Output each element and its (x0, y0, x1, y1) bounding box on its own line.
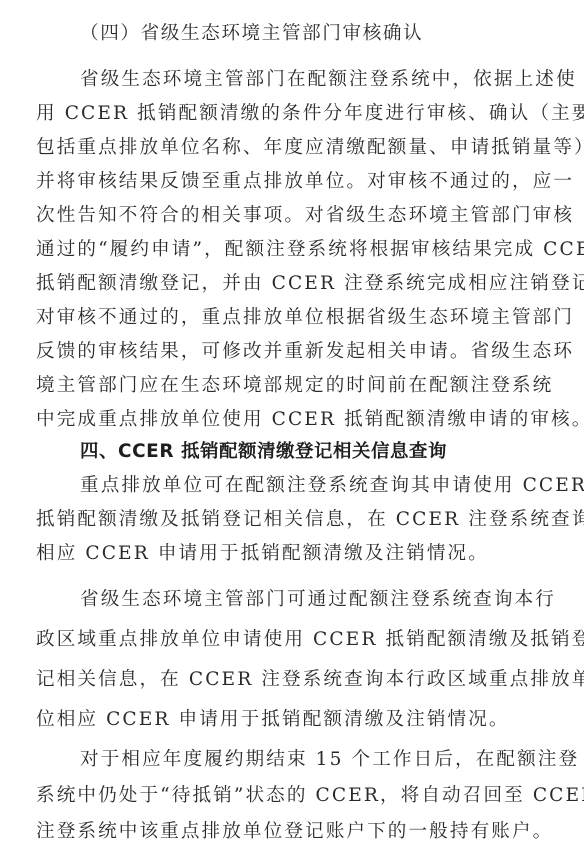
text-line: 并将审核结果反馈至重点排放单位。对审核不通过的，应一 (36, 170, 542, 194)
text-line: 中完成重点排放单位使用 CCER 抵销配额清缴申请的审核。 (36, 408, 542, 432)
text-line: 次性告知不符合的相关事项。对省级生态环境主管部门审核 (36, 204, 542, 228)
text-line: 记相关信息，在 CCER 注登系统查询本行政区域重点排放单 (36, 668, 542, 692)
text-line: 抵销配额清缴登记，并由 CCER 注登系统完成相应注销登记。 (36, 272, 542, 296)
text-line: 抵销配额清缴及抵销登记相关信息，在 CCER 注登系统查询 (36, 508, 542, 532)
text-line: 包括重点排放单位名称、年度应清缴配额量、申请抵销量等）， (36, 136, 542, 160)
text-line: 位相应 CCER 申请用于抵销配额清缴及注销情况。 (36, 708, 542, 732)
text-line: 对审核不通过的，重点排放单位根据省级生态环境主管部门 (36, 306, 542, 330)
text-line: 省级生态环境主管部门在配额注登系统中，依据上述使 (80, 68, 542, 92)
text-line: 通过的“履约申请”，配额注登系统将根据审核结果完成 CCER (36, 238, 542, 262)
text-line: 重点排放单位可在配额注登系统查询其申请使用 CCER (80, 474, 498, 498)
text-line: 用 CCER 抵销配额清缴的条件分年度进行审核、确认（主要 (36, 102, 542, 126)
text-line: 相应 CCER 申请用于抵销配额清缴及注销情况。 (36, 542, 542, 566)
section-heading: 四、CCER 抵销配额清缴登记相关信息查询 (80, 440, 542, 464)
subsection-heading: （四）省级生态环境主管部门审核确认 (80, 22, 542, 46)
text-line: 省级生态环境主管部门可通过配额注登系统查询本行 (80, 588, 498, 612)
text-line: 系统中仍处于“待抵销”状态的 CCER，将自动召回至 CCER (36, 784, 542, 808)
text-line: 对于相应年度履约期结束 15 个工作日后，在配额注登 (80, 748, 542, 772)
text-line: 政区域重点排放单位申请使用 CCER 抵销配额清缴及抵销登 (36, 628, 542, 652)
text-line: 境主管部门应在生态环境部规定的时间前在配额注登系统 (36, 374, 542, 398)
text-line: 注登系统中该重点排放单位登记账户下的一般持有账户。 (36, 820, 542, 844)
text-line: 反馈的审核结果，可修改并重新发起相关申请。省级生态环 (36, 340, 542, 364)
